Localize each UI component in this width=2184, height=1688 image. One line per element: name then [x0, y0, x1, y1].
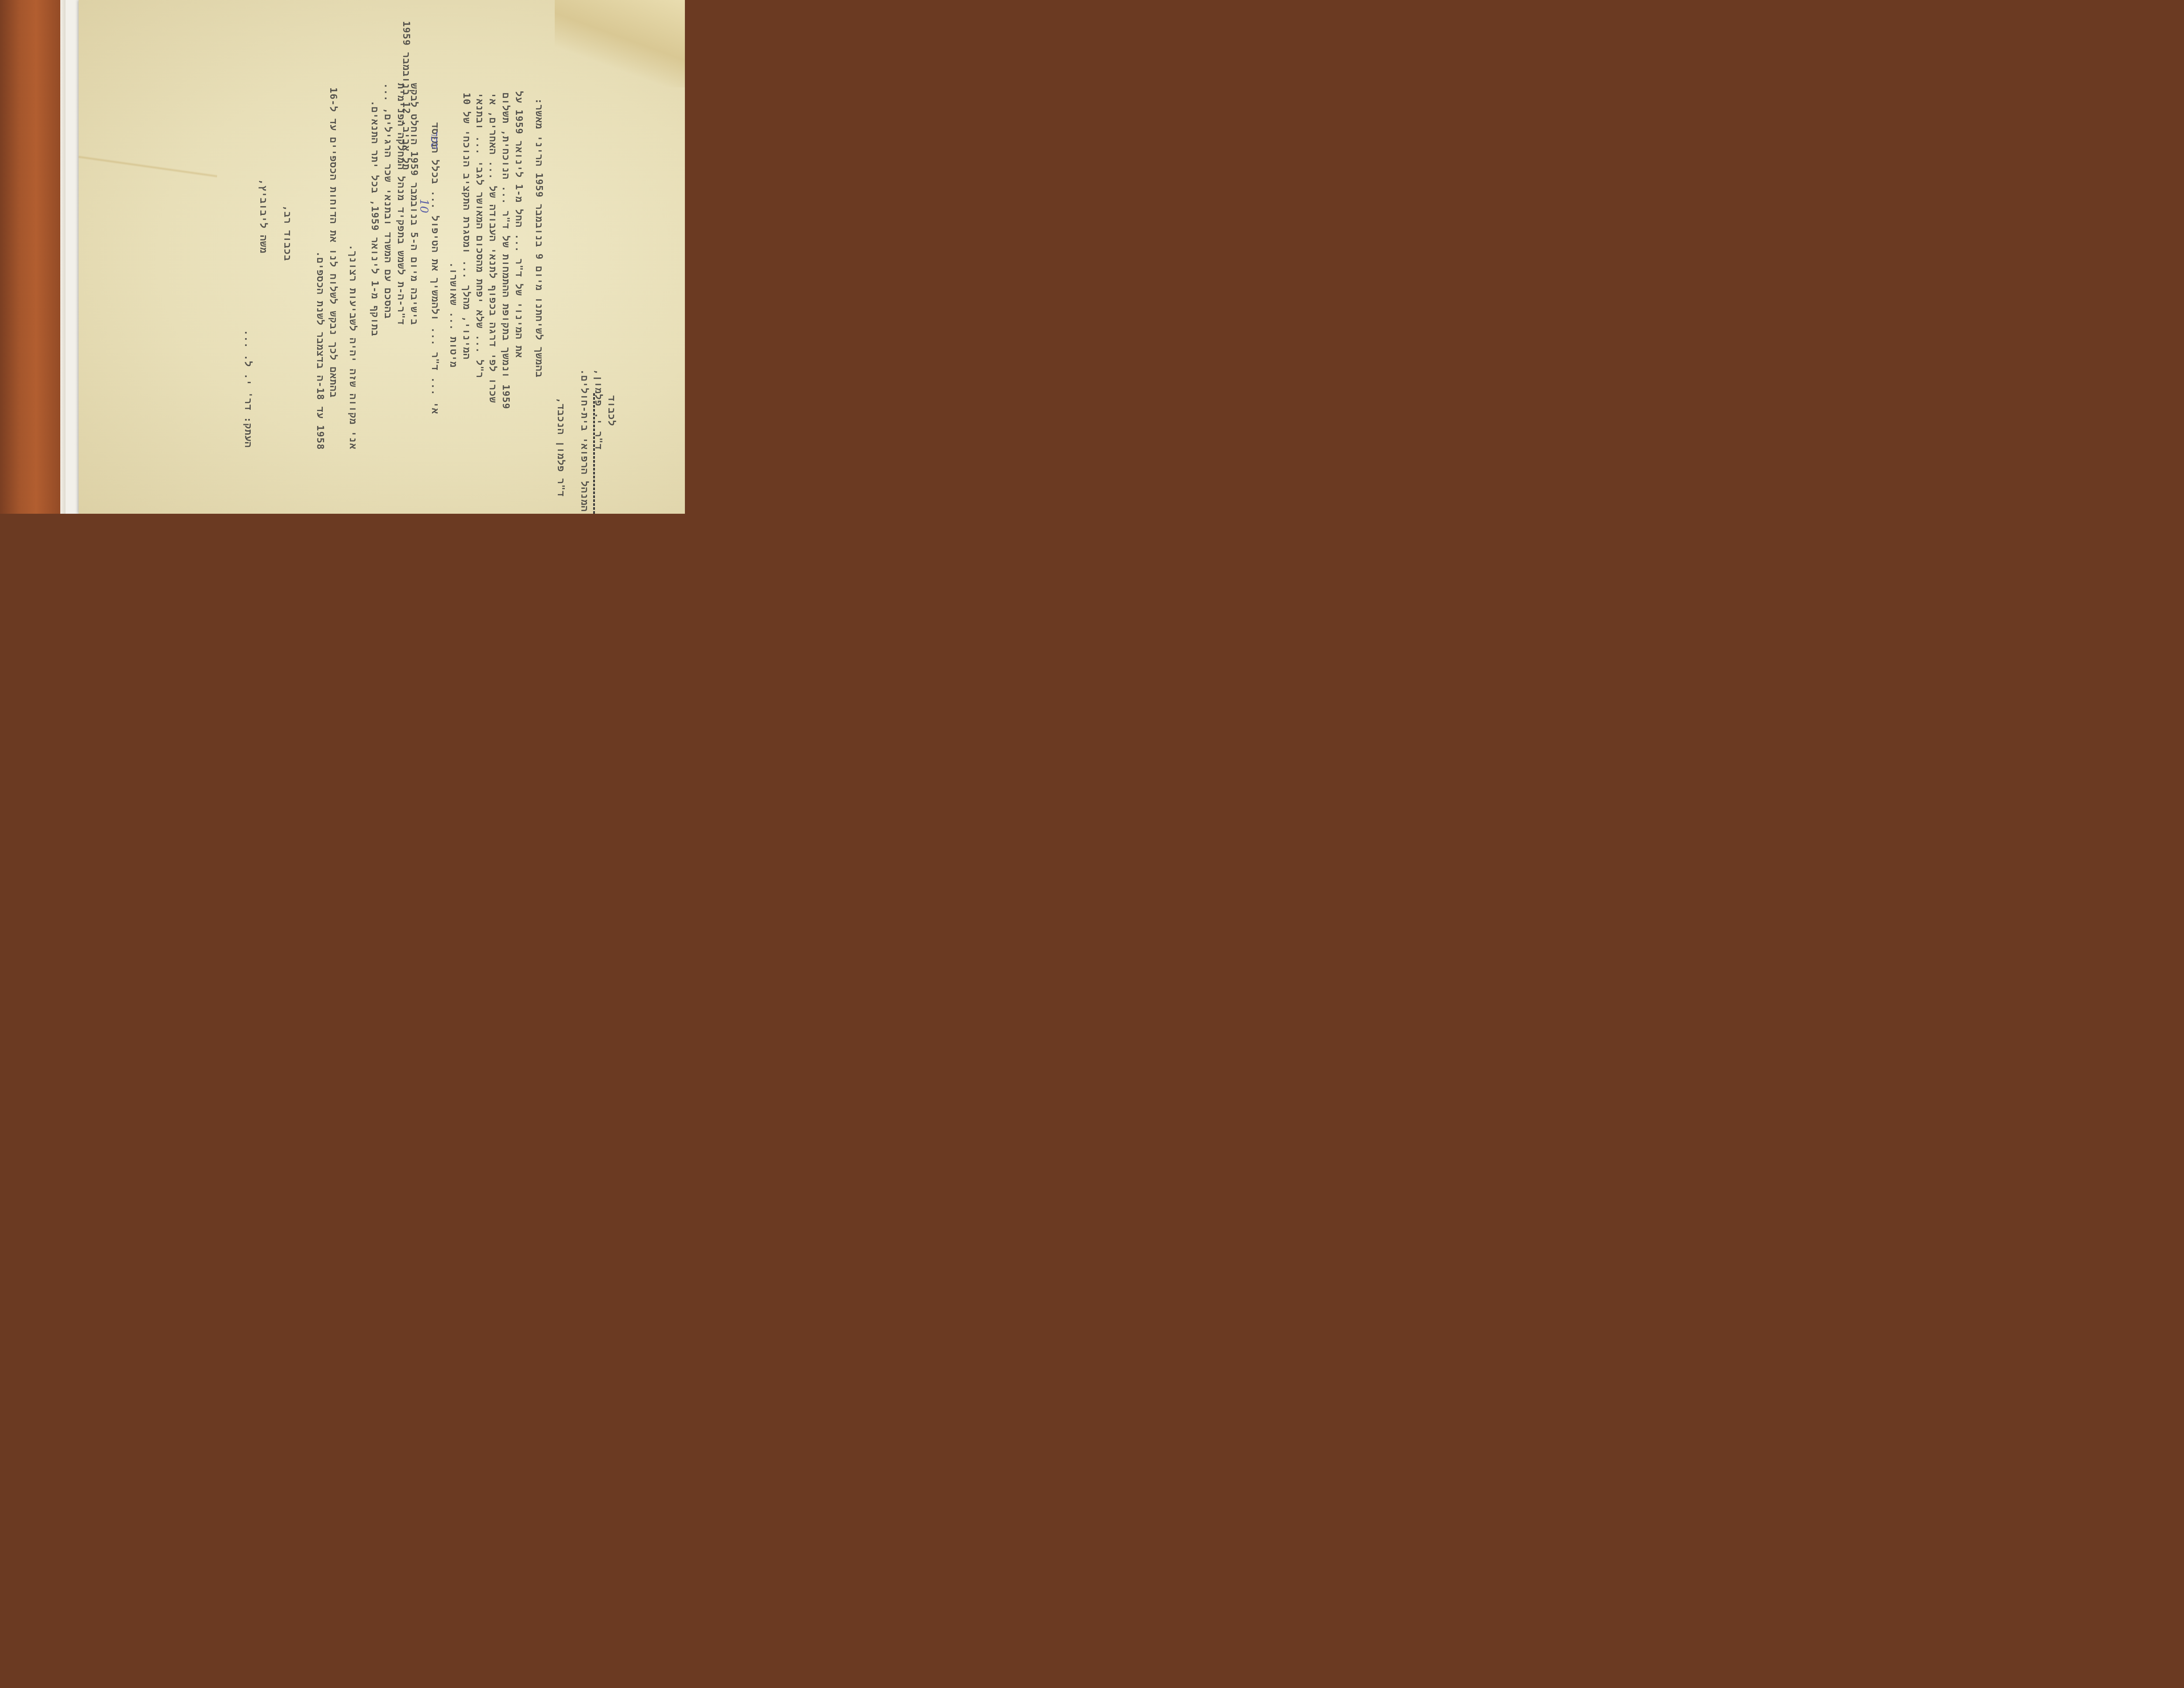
greeting: ד"ר פלמון הנכבד, [555, 398, 566, 497]
paragraph-1-extra: אי ... ד"ר ... ולהמשיך את הטיפול ... בכל… [429, 122, 440, 414]
paragraph-1-line: שכרו לפי דרגה בכפוף לתנאי העבודה של ... … [487, 93, 498, 403]
addressee-title: המנהל הרפואי בית-חולים. [578, 369, 590, 512]
addressee-to: לכבוד [605, 395, 617, 426]
signatory: משה ליבוביץ, [257, 179, 269, 254]
closing-sentence: אני מקווה שזה יהיה לשביעות רצונך. [347, 245, 358, 450]
paragraph-1-line: ר"ל ... שלא יפחת מהסכום המאושר לגבי ... … [473, 93, 485, 378]
paragraph-2-line: ד"ר-ה-ת לשמש בתפקיד מנהל המחלקה הפנימית [395, 83, 406, 325]
handwritten-note: ספר [428, 131, 441, 149]
paragraph-1-line: 1959 ונמשך בתקופת ההתמחות של ד"ר ... הנו… [500, 93, 511, 409]
subject-line: בהמשך לשיחתנו מיום 9 בנובמבר 1959 הריני … [533, 98, 544, 378]
paragraph-1-line: מיטות ... שאושרו. [447, 262, 459, 368]
paragraph-2-line: בתוקף מ-1 לינואר 1959, בכל יתר התנאים. [369, 100, 380, 336]
letter-text: תל אביב, 12 בנובמבר 1959 לכבוד ד"ר י. פל… [0, 0, 685, 514]
sign-off: בכבוד רב, [281, 205, 293, 261]
final-paragraph-line: 1958 עד 18-ה בדצמבר לשנת הכספים. [314, 251, 325, 450]
paragraph-2-line: בהסכם עם המשרד ובתנאי שכר הרגילים, ... [382, 83, 393, 319]
cc-line: העתק: דר' י. ל. ... [242, 330, 253, 448]
paragraph-1-line: את המינוי של ד"ר ... החל מ-1 לינואר 1959… [513, 91, 524, 358]
final-paragraph-line: בהתאם לכך נבקש לשלוח לנו את הדוחות הכספי… [327, 87, 339, 398]
paragraph-2-line: בישיבה מיום ה-5 בנובמבר 1959 הוחלט לבקש [408, 83, 419, 325]
paragraph-1-line: המינוי, מהלך ... ומסגרת התקציב הנוכחי של… [460, 93, 472, 360]
addressee-underline [593, 393, 595, 514]
